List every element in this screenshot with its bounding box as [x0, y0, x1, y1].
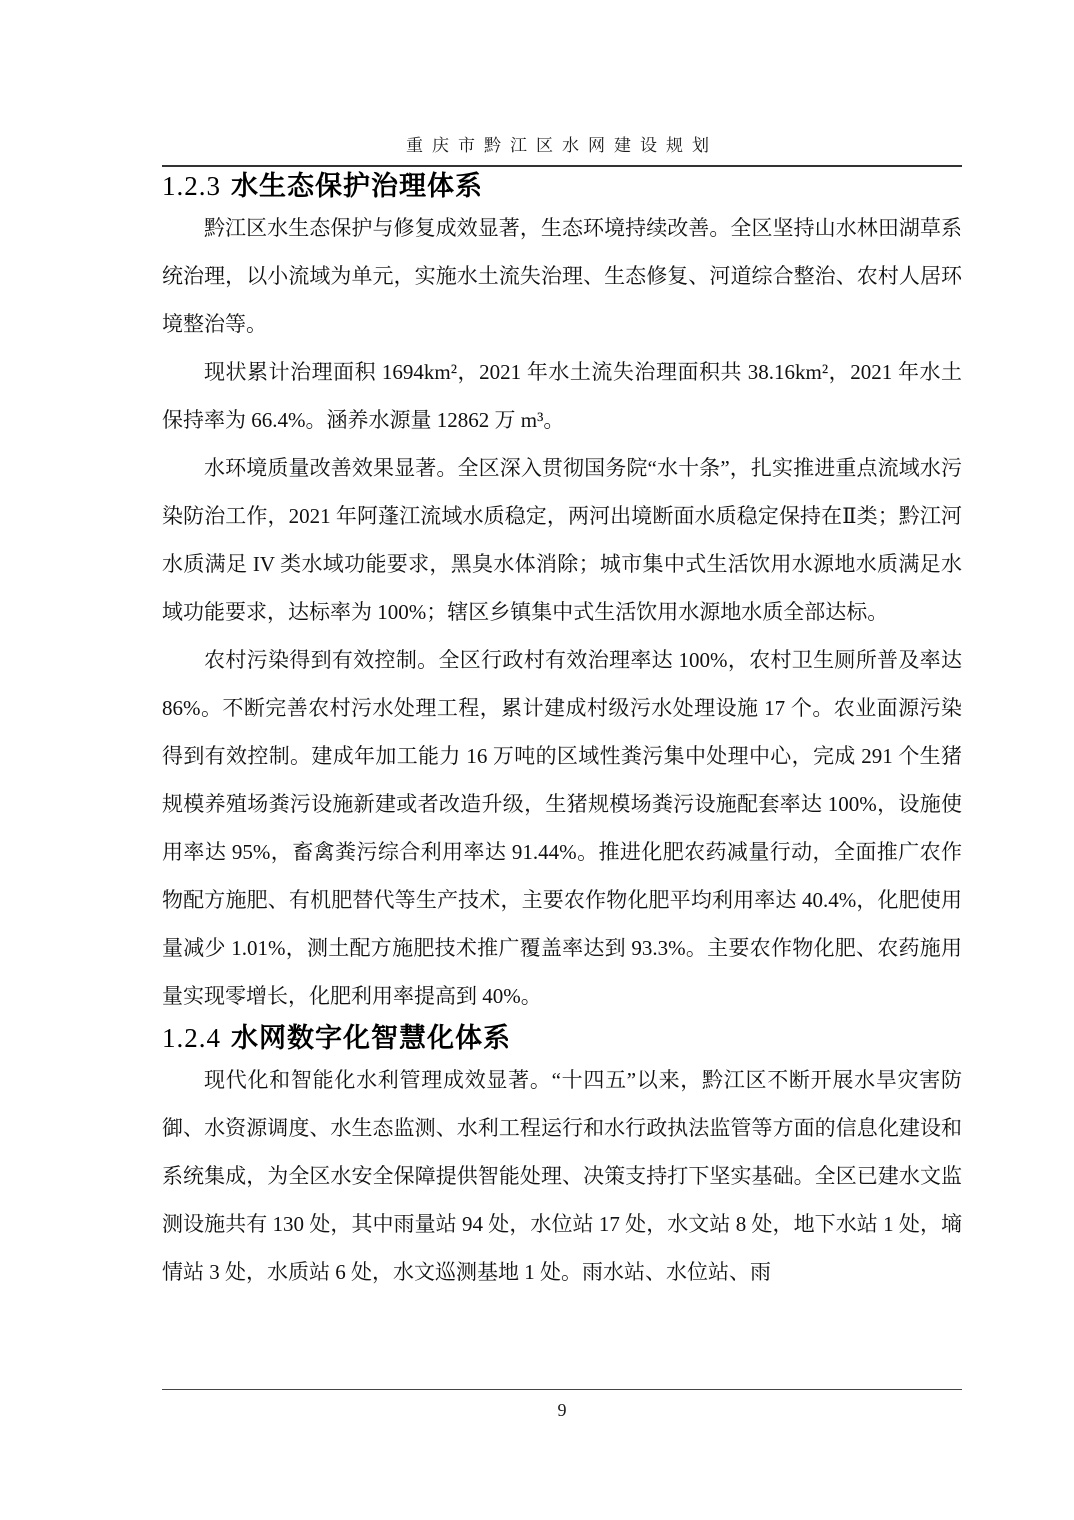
paragraph-water-quality: 水环境质量改善效果显著。全区深入贯彻国务院“水十条”，扎实推进重点流域水污染防治… [162, 444, 962, 636]
paragraph-rural-pollution: 农村污染得到有效控制。全区行政村有效治理率达 100%，农村卫生厕所普及率达 8… [162, 636, 962, 1020]
page-number: 9 [162, 1398, 962, 1422]
section-heading-1-2-4: 1.2.4水网数字化智慧化体系 [162, 1020, 962, 1056]
document-content: 1.2.3水生态保护治理体系 黔江区水生态保护与修复成效显著，生态环境持续改善。… [162, 168, 962, 1383]
section-title: 水生态保护治理体系 [231, 171, 483, 201]
section-number: 1.2.3 [162, 171, 221, 201]
page-header: 重庆市黔江区水网建设规划 [162, 0, 962, 167]
paragraph-eco-overview: 黔江区水生态保护与修复成效显著，生态环境持续改善。全区坚持山水林田湖草系统治理，… [162, 204, 962, 348]
footer-rule [162, 1389, 962, 1390]
section-title: 水网数字化智慧化体系 [231, 1023, 511, 1053]
page-footer: 9 [162, 1389, 962, 1422]
document-page: 重庆市黔江区水网建设规划 1.2.3水生态保护治理体系 黔江区水生态保护与修复成… [0, 0, 1074, 1520]
paragraph-smart-water: 现代化和智能化水利管理成效显著。“十四五”以来，黔江区不断开展水旱灾害防御、水资… [162, 1056, 962, 1296]
section-number: 1.2.4 [162, 1023, 221, 1053]
section-heading-1-2-3: 1.2.3水生态保护治理体系 [162, 168, 962, 204]
paragraph-treatment-area: 现状累计治理面积 1694km²，2021 年水土流失治理面积共 38.16km… [162, 348, 962, 444]
header-rule [162, 165, 962, 167]
document-title: 重庆市黔江区水网建设规划 [162, 134, 962, 158]
